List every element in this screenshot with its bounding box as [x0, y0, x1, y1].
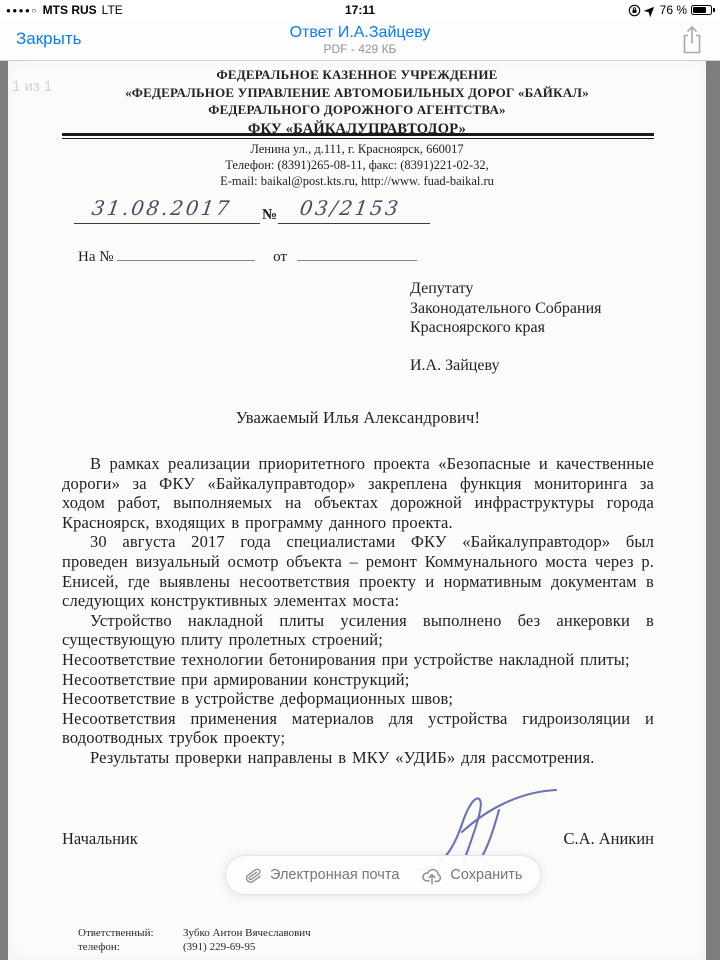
clock: 17:11 [0, 3, 720, 17]
reply-reference-line: На № от [78, 246, 417, 266]
save-button[interactable]: Сохранить [421, 865, 522, 885]
document-meta: PDF - 429 КБ [120, 42, 600, 56]
org-email: E-mail: baikal@post.kts.ru, http://www. … [8, 173, 706, 189]
phone-label: телефон: [78, 940, 183, 954]
na-label: На № [78, 249, 114, 266]
document-title: Ответ И.А.Зайцеву [120, 23, 600, 42]
paperclip-icon [244, 866, 263, 885]
pdf-page: ФЕДЕРАЛЬНОЕ КАЗЕННОЕ УЧРЕЖДЕНИЕ «ФЕДЕРАЛ… [8, 60, 706, 960]
letterhead-line-2: «ФЕДЕРАЛЬНОЕ УПРАВЛЕНИЕ АВТОМОБИЛЬНЫХ ДО… [8, 84, 706, 102]
letterhead-line-1: ФЕДЕРАЛЬНОЕ КАЗЕННОЕ УЧРЕЖДЕНИЕ [8, 66, 706, 84]
email-button[interactable]: Электронная почта [244, 866, 399, 885]
ot-label: от [273, 249, 287, 266]
org-address: Ленина ул., д.111, г. Красноярск, 660017 [8, 141, 706, 157]
defect-item: Несоответствие в устройстве деформационн… [62, 689, 654, 709]
email-button-label: Электронная почта [270, 867, 399, 883]
ot-blank-underline [297, 246, 417, 261]
share-icon [680, 25, 704, 55]
letterhead-line-3: ФЕДЕРАЛЬНОГО ДОРОЖНОГО АГЕНТСТВА» [8, 101, 706, 119]
responsible-label: Ответственный: [78, 926, 183, 940]
nav-bar: Закрыть Ответ И.А.Зайцеву PDF - 429 КБ [0, 20, 720, 61]
na-blank-underline [117, 246, 255, 261]
action-bar: Электронная почта Сохранить [225, 855, 541, 895]
letterhead-contacts: Ленина ул., д.111, г. Красноярск, 660017… [8, 141, 706, 189]
letter-body: В рамках реализации приоритетного проект… [62, 454, 654, 768]
paragraph: В рамках реализации приоритетного проект… [62, 454, 654, 532]
status-right: 76 % [628, 3, 720, 17]
recipient-line: Депутату [410, 279, 602, 299]
handwritten-number: 03/2153 [298, 196, 402, 220]
battery-icon [691, 5, 715, 15]
date-underline [74, 223, 260, 224]
page-indicator: 1 из 1 [12, 78, 52, 95]
recipient-name: И.А. Зайцеву [410, 356, 602, 376]
save-button-label: Сохранить [450, 867, 522, 883]
greeting: Уважаемый Илья Александрович! [62, 408, 654, 428]
responsible-name: Зубко Антон Вячеславович [183, 926, 311, 940]
status-bar: ●●●●○ MTS RUS LTE 17:11 76 % [0, 0, 720, 20]
close-button[interactable]: Закрыть [16, 29, 81, 49]
defect-item: Несоответствие при армировании конструкц… [62, 670, 654, 690]
share-button[interactable] [678, 25, 706, 57]
orientation-lock-icon [628, 4, 641, 17]
number-sign: № [262, 207, 277, 224]
letterhead-divider [62, 133, 654, 139]
defect-item: Несоответствие технологии бетонирования … [62, 650, 654, 670]
pdf-viewer[interactable]: 1 из 1 ФЕДЕРАЛЬНОЕ КАЗЕННОЕ УЧРЕЖДЕНИЕ «… [0, 60, 720, 960]
cloud-upload-icon [421, 865, 443, 885]
defect-item: Устройство накладной плиты усиления выпо… [62, 611, 654, 650]
signer-name: С.А. Аникин [563, 829, 654, 849]
phone-value: (391) 229-69-95 [183, 940, 255, 954]
org-phone: Телефон: (8391)265-08-11, факс: (8391)22… [8, 157, 706, 173]
handwritten-date: 31.08.2017 [90, 196, 233, 220]
battery-percent-label: 76 % [660, 3, 687, 17]
recipient-line: Законодательного Собрания [410, 299, 602, 319]
closing-paragraph: Результаты проверки направлены в МКУ «УД… [62, 748, 654, 768]
recipient-block: Депутату Законодательного Собрания Красн… [410, 279, 602, 375]
document-footer: Ответственный: Зубко Антон Вячеславович … [78, 926, 311, 954]
recipient-line: Красноярского края [410, 318, 602, 338]
defect-item: Несоответствия применения материалов для… [62, 709, 654, 748]
paragraph: 30 августа 2017 года специалистами ФКУ «… [62, 532, 654, 610]
number-underline [278, 223, 430, 224]
signer-position: Начальник [62, 829, 138, 849]
location-arrow-icon [645, 5, 656, 16]
nav-title-group: Ответ И.А.Зайцеву PDF - 429 КБ [120, 23, 600, 56]
letterhead: ФЕДЕРАЛЬНОЕ КАЗЕННОЕ УЧРЕЖДЕНИЕ «ФЕДЕРАЛ… [8, 66, 706, 138]
